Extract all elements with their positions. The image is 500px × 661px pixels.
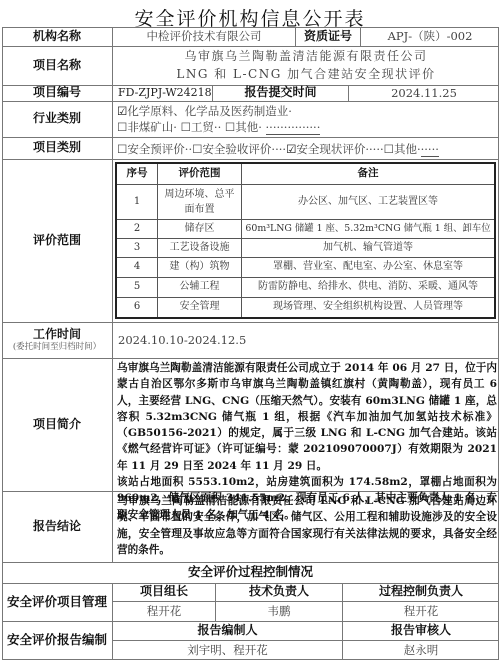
industry-other-blank[interactable]: ··············· — [266, 122, 321, 135]
scope-row-4-no: 4 — [117, 258, 157, 277]
project-name-line1: 乌审旗乌兰陶勒盖清洁能源有限责任公司 — [184, 48, 427, 65]
scope-label: 评价范围 — [2, 159, 112, 322]
type-option-other[interactable]: ☐其他· — [384, 142, 421, 156]
type-other-blank[interactable]: ····· — [421, 144, 439, 157]
work-time-label: 工作时间 (委托时间至归档时间） — [2, 322, 112, 358]
industry-option-chemical[interactable]: ☑化学原料、化学品及医药制造业· — [117, 104, 292, 118]
submit-time-label: 报告提交时间 — [213, 85, 348, 101]
type-option-acceptance[interactable]: ☐安全验收评价···· — [192, 142, 286, 156]
industry-option-trade[interactable]: ☐工贸·· — [181, 120, 222, 134]
industry-option-mining[interactable]: ☐非煤矿山· — [117, 120, 177, 134]
scope-row-6-no: 6 — [117, 298, 157, 317]
cert-value: APJ-（陕）-002 — [361, 27, 499, 46]
conclusion-text: 乌审旗乌兰陶勒盖清洁能源有限责任公司 LNG 和 L-CNG 加气合建站周边环境… — [117, 493, 497, 558]
checkbox-unchecked-icon[interactable]: ☐ — [225, 120, 235, 134]
checkbox-unchecked-icon[interactable]: ☐ — [181, 120, 191, 134]
report-header-author: 报告编制人 — [113, 621, 342, 640]
scope-row-5-note: 防雷防静电、给排水、供电、消防、采暖、通风等 — [242, 278, 494, 297]
project-name-value: 乌审旗乌兰陶勒盖清洁能源有限责任公司 LNG 和 L-CNG 加气合建站安全现状… — [113, 46, 499, 85]
scope-row-2-scope: 储存区 — [158, 220, 241, 238]
cert-label: 资质证号 — [296, 27, 360, 46]
scope-header-scope: 评价范围 — [158, 164, 241, 184]
management-header-process: 过程控制负责人 — [343, 583, 499, 601]
scope-row-1-note: 办公区、加气区、工艺装置区等 — [242, 185, 494, 219]
scope-row-4-scope: 建（构）筑物 — [158, 258, 241, 277]
report-value-author: 刘宇明、程开花 — [113, 641, 342, 660]
industry-options: ☑化学原料、化学品及医药制造业· ☐非煤矿山· ☐工贸·· ☐其他· ·····… — [117, 103, 497, 135]
management-value-process: 程开花 — [343, 602, 499, 621]
scope-row-3-no: 3 — [117, 239, 157, 257]
submit-time-value: 2024.11.25 — [349, 85, 499, 101]
scope-row-3-note: 加气机、输气管道等 — [242, 239, 494, 257]
scope-row-5-scope: 公辅工程 — [158, 278, 241, 297]
management-header-leader: 项目组长 — [113, 583, 215, 601]
work-time-sublabel: (委托时间至归档时间） — [13, 342, 101, 354]
scope-row-6-note: 现场管理、安全组织机构设置、人员管理等 — [242, 298, 494, 317]
project-type-label: 项目类别 — [2, 137, 112, 159]
type-option-current[interactable]: ☑安全现状评价····· — [286, 142, 384, 156]
checkbox-checked-icon[interactable]: ☑ — [286, 142, 296, 156]
project-name-label: 项目名称 — [2, 46, 112, 85]
conclusion-label: 报告结论 — [2, 491, 112, 562]
scope-row-4-note: 罩棚、营业室、配电室、办公室、休息室等 — [242, 258, 494, 277]
scope-row-1-scope: 周边环境、总平 面布置 — [158, 185, 241, 219]
management-label: 安全评价项目管理 — [2, 583, 112, 621]
management-header-tech: 技术负责人 — [216, 583, 342, 601]
checkbox-checked-icon[interactable]: ☑ — [117, 104, 127, 118]
intro-label: 项目简介 — [2, 358, 112, 491]
industry-label: 行业类别 — [2, 101, 112, 137]
project-number-value: FD-ZJPJ-W24218 — [113, 85, 212, 101]
report-label: 安全评价报告编制 — [2, 621, 112, 660]
management-value-leader: 程开花 — [113, 602, 215, 621]
org-name-value: 中检评价技术有限公司 — [113, 27, 295, 46]
process-section-title: 安全评价过程控制情况 — [2, 562, 499, 583]
checkbox-unchecked-icon[interactable]: ☐ — [117, 120, 127, 134]
scope-header-no: 序号 — [117, 164, 157, 184]
report-header-reviewer: 报告审核人 — [343, 621, 499, 640]
checkbox-unchecked-icon[interactable]: ☐ — [384, 142, 394, 156]
checkbox-unchecked-icon[interactable]: ☐ — [117, 142, 127, 156]
work-time-value: 2024.10.10-2024.12.5 — [113, 322, 499, 358]
scope-table: 序号 评价范围 备注 1 周边环境、总平 面布置 办公区、加气区、工艺装置区等 … — [115, 162, 496, 319]
report-value-reviewer: 赵永明 — [343, 641, 499, 660]
scope-row-5-no: 5 — [117, 278, 157, 297]
scope-row-2-note: 60m³LNG 储罐 1 座、5.32m³CNG 储气瓶 1 组、卸车位 — [242, 220, 494, 238]
type-option-pre[interactable]: ☐安全预评价·· — [117, 142, 192, 156]
management-value-tech: 韦鹏 — [216, 602, 342, 621]
project-type-options: ☐安全预评价··☐安全验收评价····☑安全现状评价·····☐其他······ — [117, 141, 497, 157]
org-name-label: 机构名称 — [2, 27, 112, 46]
checkbox-unchecked-icon[interactable]: ☐ — [192, 142, 202, 156]
project-number-label: 项目编号 — [2, 85, 112, 101]
scope-row-1-no: 1 — [117, 185, 157, 219]
project-name-line2: LNG 和 L-CNG 加气合建站安全现状评价 — [176, 66, 435, 83]
industry-option-other[interactable]: ☐其他· — [225, 120, 262, 134]
scope-row-3-scope: 工艺设备设施 — [158, 239, 241, 257]
scope-row-2-no: 2 — [117, 220, 157, 238]
scope-header-note: 备注 — [242, 164, 494, 184]
scope-row-6-scope: 安全管理 — [158, 298, 241, 317]
